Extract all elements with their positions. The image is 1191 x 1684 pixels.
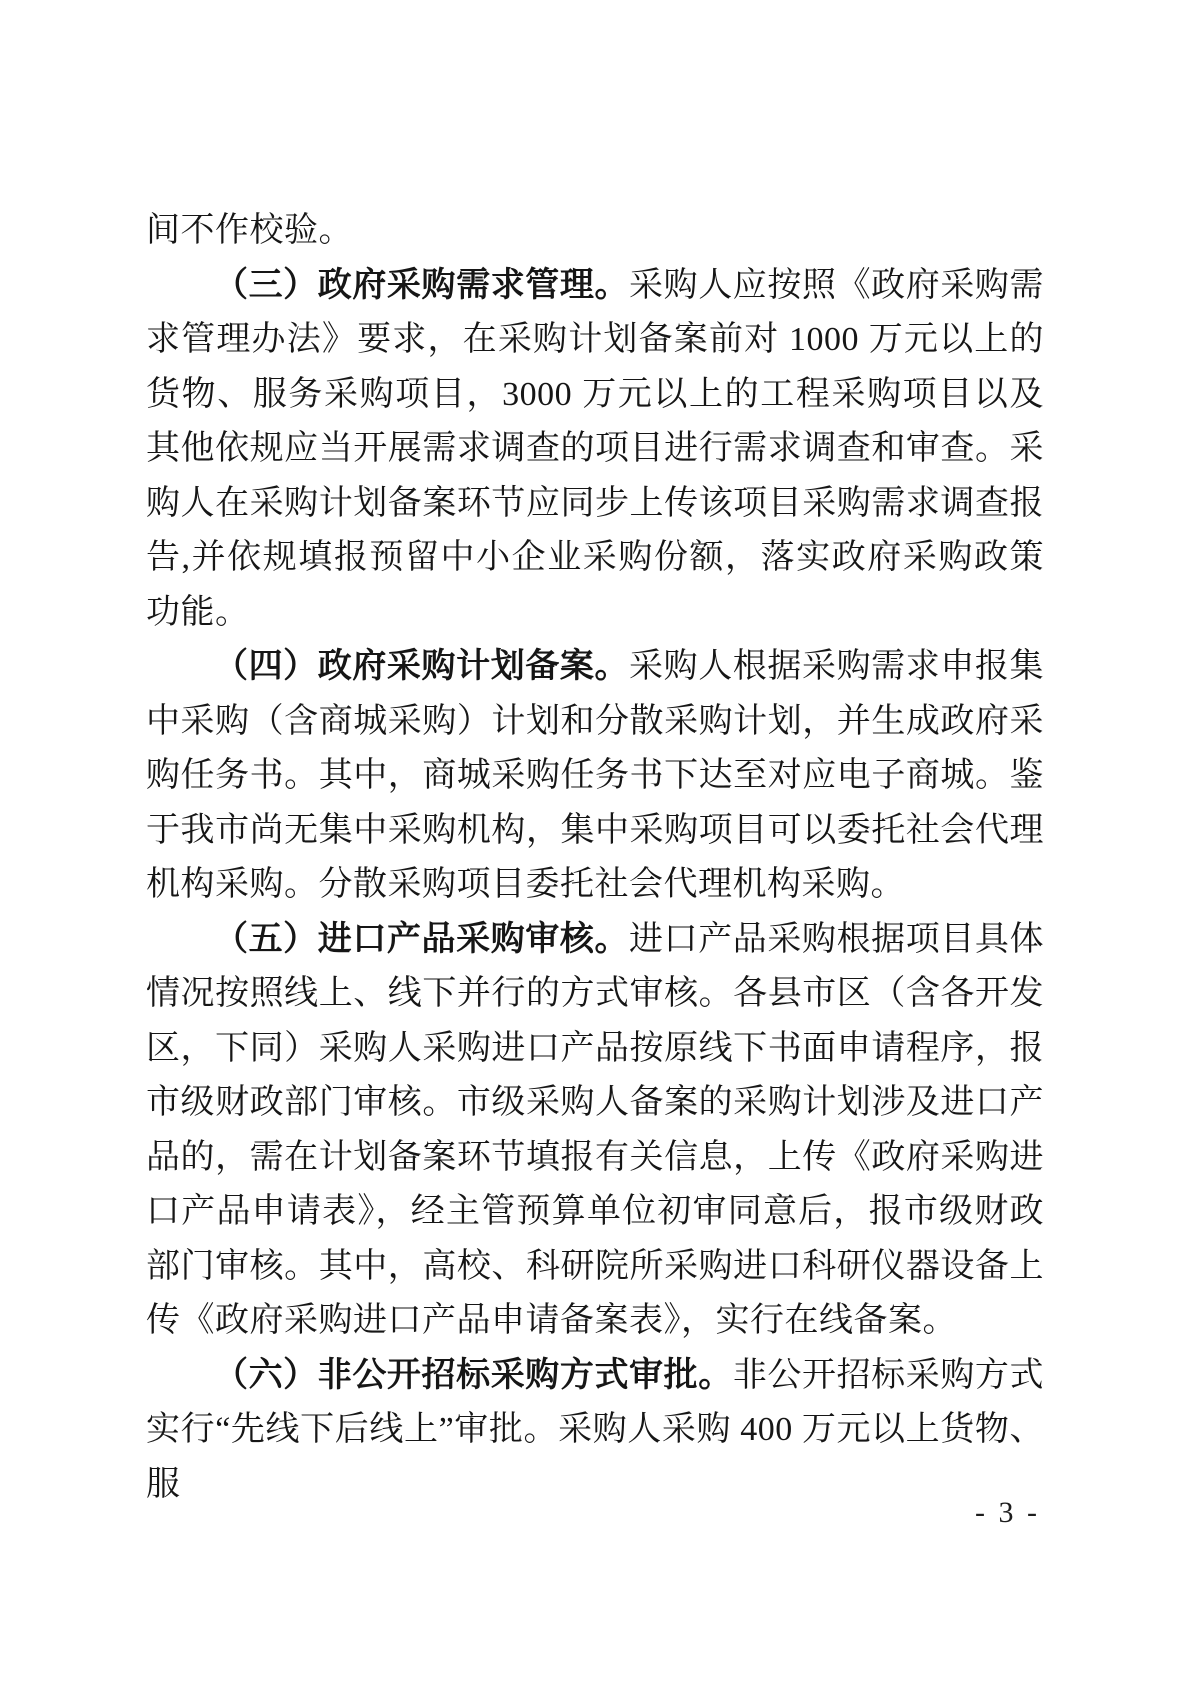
paragraph-intro-text: 间不作校验。 <box>146 212 353 249</box>
paragraph-item-5: （五）进口产品采购审核。进口产品采购根据项目具体情况按照线上、线下并行的方式审核… <box>146 913 1044 1349</box>
paragraph-body: 采购人应按照《政府采购需求管理办法》要求，在采购计划备案前对 1000 万元以上… <box>146 267 1044 631</box>
paragraph-item-4: （四）政府采购计划备案。采购人根据采购需求申报集中采购（含商城采购）计划和分散采… <box>146 640 1044 913</box>
document-text-block: 间不作校验。 （三）政府采购需求管理。采购人应按照《政府采购需求管理办法》要求，… <box>146 204 1044 1512</box>
paragraph-heading: （四）政府采购计划备案。 <box>214 648 629 685</box>
paragraph-body: 进口产品采购根据项目具体情况按照线上、线下并行的方式审核。各县市区（含各开发区，… <box>146 921 1044 1340</box>
paragraph-item-3: （三）政府采购需求管理。采购人应按照《政府采购需求管理办法》要求，在采购计划备案… <box>146 259 1044 641</box>
paragraph-heading: （三）政府采购需求管理。 <box>214 267 629 304</box>
paragraph-heading: （五）进口产品采购审核。 <box>214 921 629 958</box>
paragraph-intro: 间不作校验。 <box>146 204 1044 259</box>
paragraph-body: 采购人根据采购需求申报集中采购（含商城采购）计划和分散采购计划，并生成政府采购任… <box>146 648 1044 903</box>
paragraph-heading: （六）非公开招标采购方式审批。 <box>214 1357 733 1394</box>
paragraph-item-6: （六）非公开招标采购方式审批。非公开招标采购方式实行“先线下后线上”审批。采购人… <box>146 1349 1044 1513</box>
document-page: 间不作校验。 （三）政府采购需求管理。采购人应按照《政府采购需求管理办法》要求，… <box>0 0 1191 1684</box>
page-number: - 3 - <box>975 1496 1040 1530</box>
